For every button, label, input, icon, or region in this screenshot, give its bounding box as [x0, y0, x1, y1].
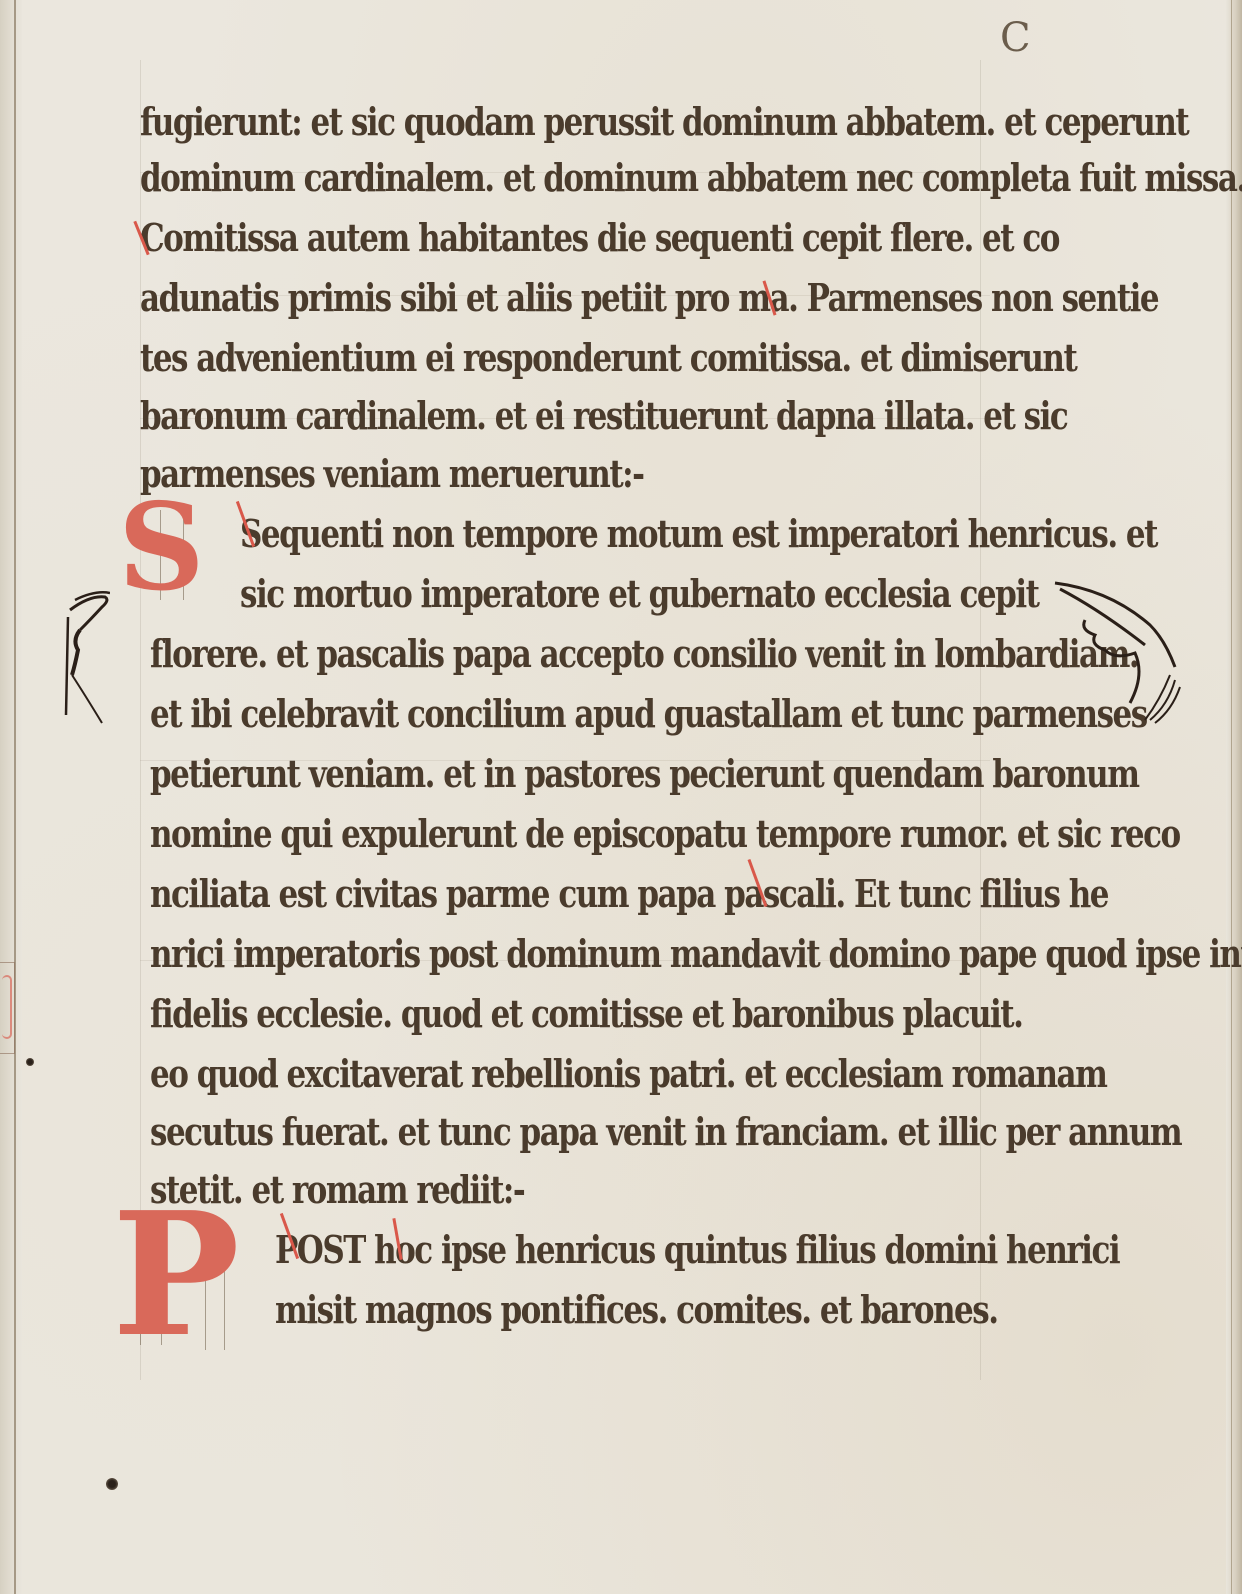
binding-gutter: [0, 0, 22, 1594]
gutter-fold-line: [14, 0, 16, 1594]
prick-hole: [26, 1058, 34, 1066]
folio-mark: C: [1000, 18, 1031, 58]
initial-s: S: [118, 488, 205, 608]
pointing-hand-right-icon: [1050, 575, 1190, 725]
edge-red-trace: [2, 975, 12, 1039]
page-right-edge: [1226, 0, 1242, 1594]
page-edge-line: [1231, 0, 1232, 1594]
prick-hole: [106, 1478, 118, 1490]
pointing-hand-left-icon: [30, 575, 110, 725]
initial-p: P: [112, 1190, 240, 1360]
text-line: misit magnos pontifices. comites. et bar…: [275, 1288, 998, 1363]
manuscript-page: C fugierunt: et sic quodam perussit domi…: [0, 0, 1242, 1594]
